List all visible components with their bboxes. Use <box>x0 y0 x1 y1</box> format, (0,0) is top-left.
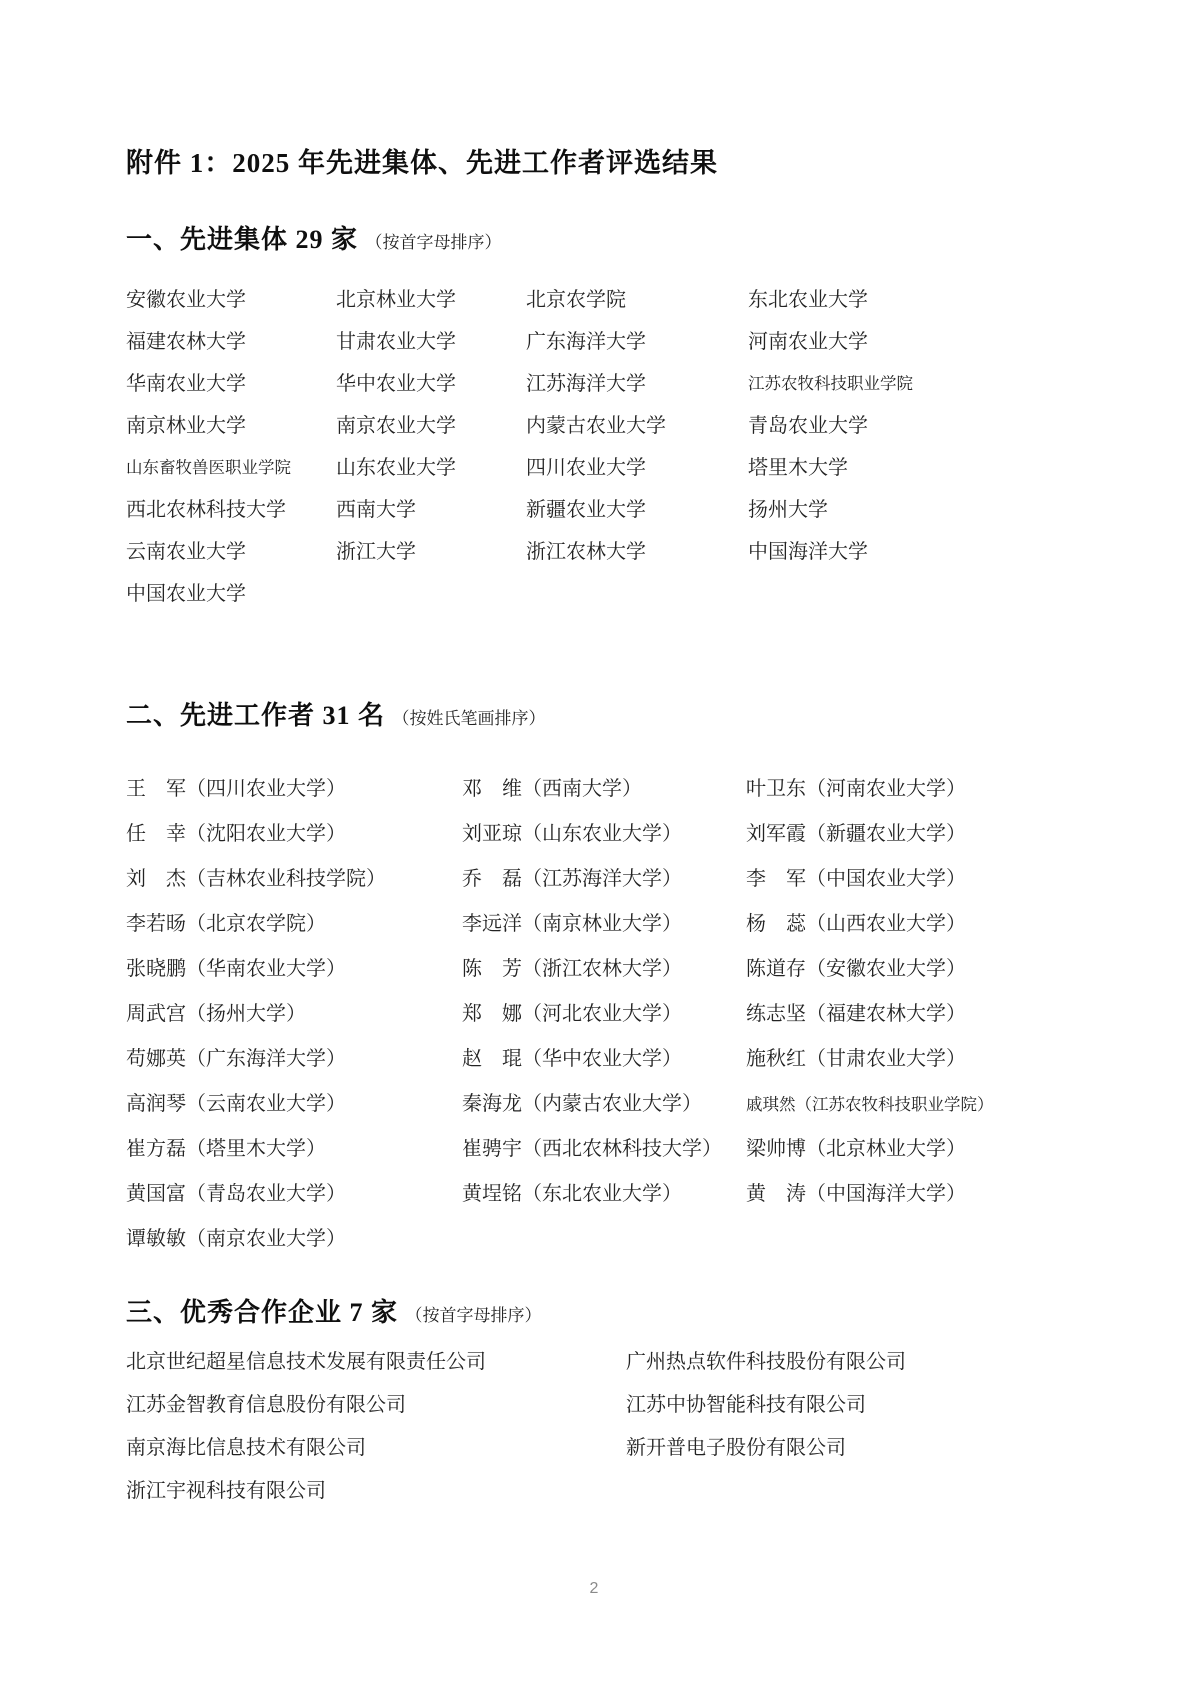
document-page: 附件 1：2025 年先进集体、先进工作者评选结果 一、先进集体 29 家 （按… <box>0 0 1188 1684</box>
list-item: 江苏中协智能科技有限公司 <box>626 1394 1070 1416</box>
list-item: 广东海洋大学 <box>526 332 748 352</box>
list-item: 扬州大学 <box>748 500 1070 520</box>
list-item: 李若旸（北京农学院） <box>126 913 462 936</box>
list-item: 浙江大学 <box>336 542 526 562</box>
list-item: 谭敏敏（南京农业大学） <box>126 1228 462 1251</box>
list-item: 西南大学 <box>336 500 526 520</box>
section-workers-heading-note: （按姓氏笔画排序） <box>393 709 546 728</box>
list-item: 内蒙古农业大学 <box>526 416 748 436</box>
list-item: 浙江农林大学 <box>526 542 748 562</box>
list-item: 江苏农牧科技职业学院 <box>748 374 1070 394</box>
list-item: 北京农学院 <box>526 290 748 310</box>
section-companies-heading-note: （按首字母排序） <box>406 1306 542 1325</box>
list-item: 黄 涛（中国海洋大学） <box>746 1183 1070 1206</box>
list-item: 中国农业大学 <box>126 584 336 604</box>
list-item: 四川农业大学 <box>526 458 748 478</box>
document-title: 附件 1：2025 年先进集体、先进工作者评选结果 <box>126 146 1070 181</box>
collectives-list: 安徽农业大学 北京林业大学 北京农学院 东北农业大学 福建农林大学 甘肃农业大学… <box>126 290 1070 604</box>
list-item: 华南农业大学 <box>126 374 336 394</box>
list-item: 崔骋宇（西北农林科技大学） <box>462 1138 746 1161</box>
list-item: 刘亚琼（山东农业大学） <box>462 823 746 846</box>
section-advanced-workers: 二、先进工作者 31 名 （按姓氏笔画排序） 王 军（四川农业大学） 邓 维（西… <box>126 699 1070 1251</box>
list-item: 施秋红（甘肃农业大学） <box>746 1048 1070 1071</box>
section-companies-heading: 三、优秀合作企业 7 家 （按首字母排序） <box>126 1296 1070 1333</box>
section-collectives-heading-note: （按首字母排序） <box>366 233 502 252</box>
list-item: 青岛农业大学 <box>748 416 1070 436</box>
list-item: 赵 琨（华中农业大学） <box>462 1048 746 1071</box>
list-item: 刘 杰（吉林农业科技学院） <box>126 868 462 891</box>
list-item: 张晓鹏（华南农业大学） <box>126 958 462 981</box>
list-item: 崔方磊（塔里木大学） <box>126 1138 462 1161</box>
list-item: 郑 娜（河北农业大学） <box>462 1003 746 1026</box>
list-item: 高润琴（云南农业大学） <box>126 1093 462 1116</box>
page-number: 2 <box>0 1580 1188 1598</box>
list-item: 南京海比信息技术有限公司 <box>126 1437 626 1459</box>
list-item: 叶卫东（河南农业大学） <box>746 778 1070 801</box>
list-item: 李 军（中国农业大学） <box>746 868 1070 891</box>
list-item: 东北农业大学 <box>748 290 1070 310</box>
section-excellent-companies: 三、优秀合作企业 7 家 （按首字母排序） 北京世纪超星信息技术发展有限责任公司… <box>126 1296 1070 1502</box>
list-item: 浙江宇视科技有限公司 <box>126 1480 626 1502</box>
list-item: 江苏海洋大学 <box>526 374 748 394</box>
list-item: 黄埕铭（东北农业大学） <box>462 1183 746 1206</box>
list-item: 河南农业大学 <box>748 332 1070 352</box>
list-item: 戚琪然（江苏农牧科技职业学院） <box>746 1093 1070 1116</box>
list-item: 练志坚（福建农林大学） <box>746 1003 1070 1026</box>
list-item: 云南农业大学 <box>126 542 336 562</box>
list-item: 陈道存（安徽农业大学） <box>746 958 1070 981</box>
list-item: 北京世纪超星信息技术发展有限责任公司 <box>126 1351 626 1373</box>
list-item: 山东畜牧兽医职业学院 <box>126 458 336 478</box>
list-item: 王 军（四川农业大学） <box>126 778 462 801</box>
section-collectives-heading: 一、先进集体 29 家 （按首字母排序） <box>126 223 1070 260</box>
list-item: 秦海龙（内蒙古农业大学） <box>462 1093 746 1116</box>
list-item: 乔 磊（江苏海洋大学） <box>462 868 746 891</box>
section-workers-heading-label: 二、先进工作者 31 名 <box>126 701 385 730</box>
list-item: 黄国富（青岛农业大学） <box>126 1183 462 1206</box>
companies-list: 北京世纪超星信息技术发展有限责任公司 广州热点软件科技股份有限公司 江苏金智教育… <box>126 1351 1070 1502</box>
list-item: 山东农业大学 <box>336 458 526 478</box>
list-item: 塔里木大学 <box>748 458 1070 478</box>
workers-list: 王 军（四川农业大学） 邓 维（西南大学） 叶卫东（河南农业大学） 任 幸（沈阳… <box>126 778 1070 1251</box>
list-item: 中国海洋大学 <box>748 542 1070 562</box>
list-item: 李远洋（南京林业大学） <box>462 913 746 936</box>
list-item: 梁帅博（北京林业大学） <box>746 1138 1070 1161</box>
list-item: 新疆农业大学 <box>526 500 748 520</box>
list-item: 甘肃农业大学 <box>336 332 526 352</box>
list-item: 北京林业大学 <box>336 290 526 310</box>
list-item: 南京林业大学 <box>126 416 336 436</box>
section-advanced-collectives: 一、先进集体 29 家 （按首字母排序） 安徽农业大学 北京林业大学 北京农学院… <box>126 223 1070 604</box>
list-item: 江苏金智教育信息股份有限公司 <box>126 1394 626 1416</box>
list-item: 陈 芳（浙江农林大学） <box>462 958 746 981</box>
list-item: 安徽农业大学 <box>126 290 336 310</box>
list-item: 广州热点软件科技股份有限公司 <box>626 1351 1070 1373</box>
section-workers-heading: 二、先进工作者 31 名 （按姓氏笔画排序） <box>126 699 1070 736</box>
list-item: 苟娜英（广东海洋大学） <box>126 1048 462 1071</box>
list-item: 华中农业大学 <box>336 374 526 394</box>
list-item: 任 幸（沈阳农业大学） <box>126 823 462 846</box>
list-item: 杨 蕊（山西农业大学） <box>746 913 1070 936</box>
list-item: 西北农林科技大学 <box>126 500 336 520</box>
section-companies-heading-label: 三、优秀合作企业 7 家 <box>126 1298 398 1327</box>
list-item: 新开普电子股份有限公司 <box>626 1437 1070 1459</box>
list-item: 南京农业大学 <box>336 416 526 436</box>
list-item: 周武宫（扬州大学） <box>126 1003 462 1026</box>
list-item: 福建农林大学 <box>126 332 336 352</box>
section-collectives-heading-label: 一、先进集体 29 家 <box>126 225 358 254</box>
list-item: 邓 维（西南大学） <box>462 778 746 801</box>
list-item: 刘军霞（新疆农业大学） <box>746 823 1070 846</box>
